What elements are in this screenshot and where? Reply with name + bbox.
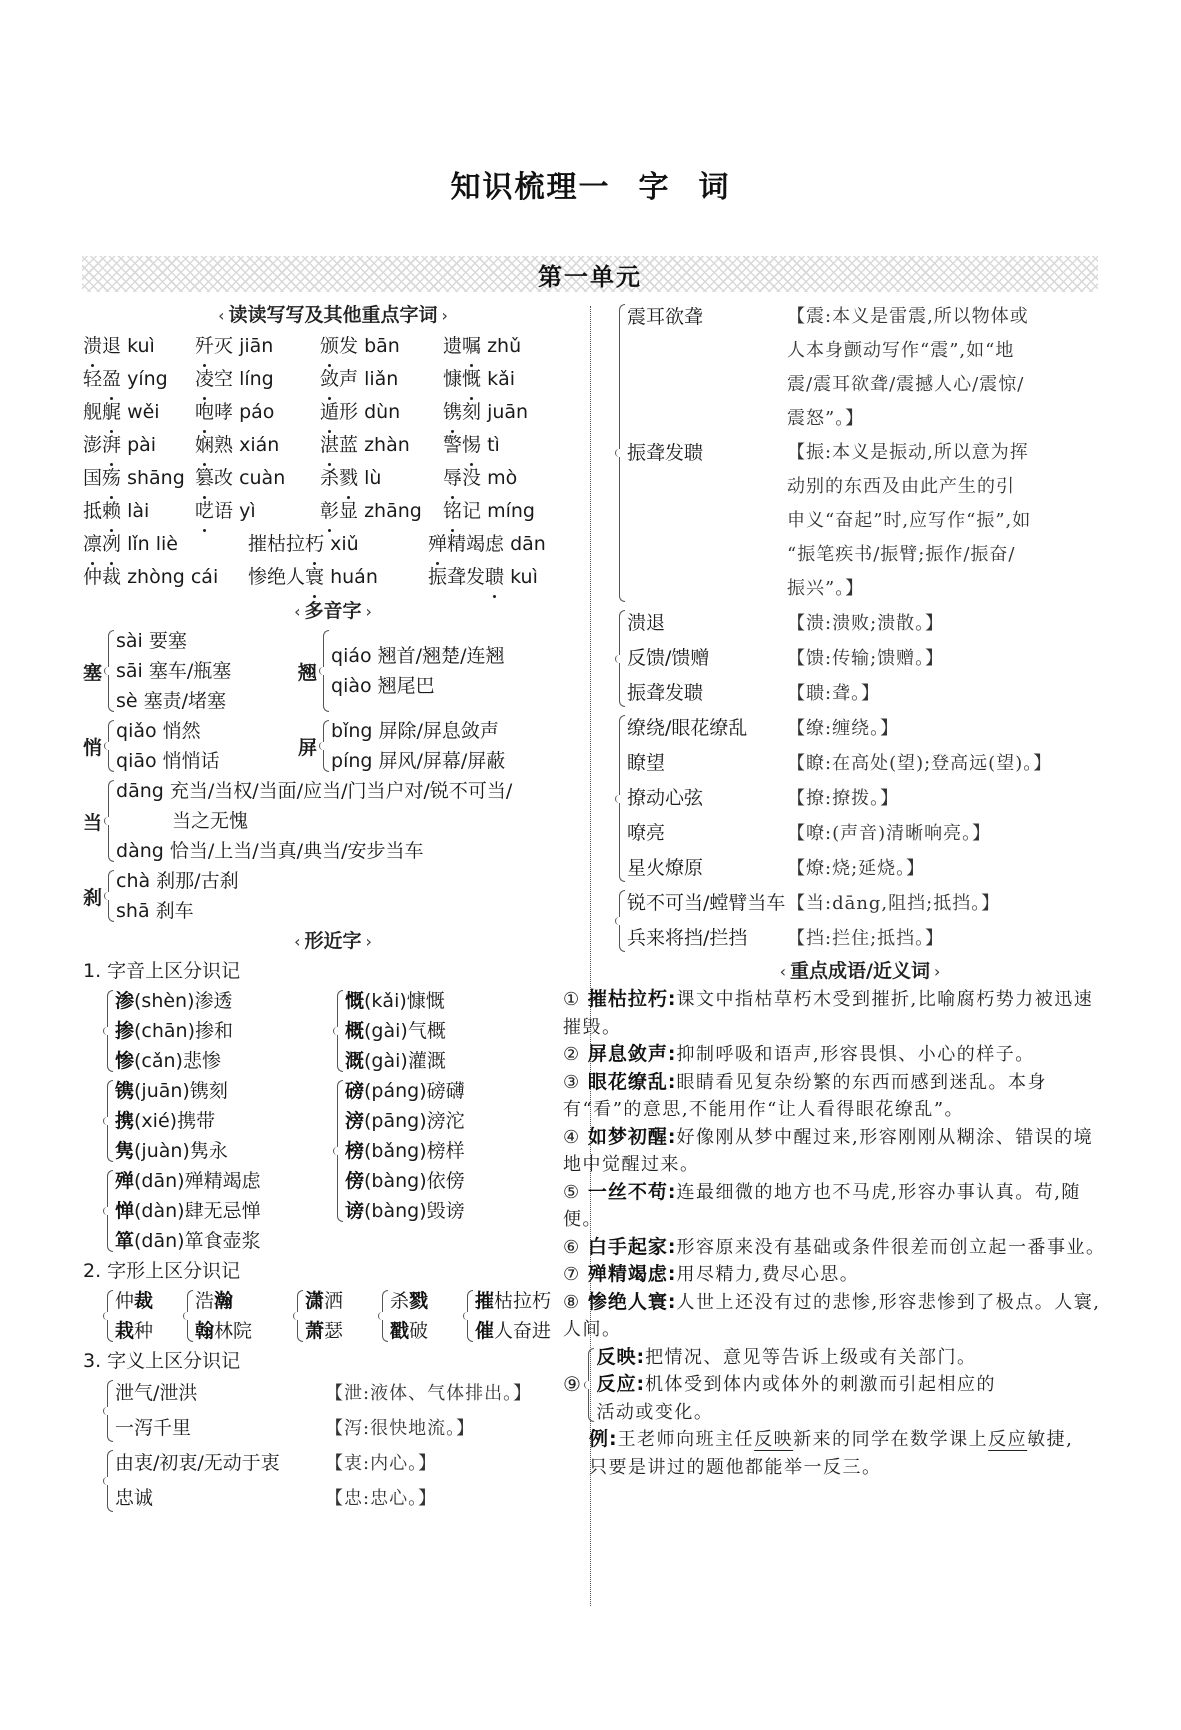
vocab-word: 摧枯拉朽 — [248, 533, 324, 555]
emphasized-char: 殇 — [102, 462, 121, 495]
vocab-word: 湛蓝 — [320, 434, 358, 456]
synonym-def-a: 把情况、意见等告诉上级或有关部门。 — [645, 1347, 977, 1368]
meaning-note-line: 动别的东西及由此产生的引 — [787, 470, 1031, 504]
char: 遗 — [443, 335, 462, 357]
target-char: 傍 — [345, 1170, 364, 1192]
page-title: 知识梳理一字词 — [0, 162, 1181, 206]
subtitle-by-meaning: 3. 字义上区分识记 — [83, 1346, 583, 1376]
vocab-item: 振聋发聩 kuì — [428, 561, 538, 594]
vocab-row: 轻盈 yíng凌空 líng敛声 liǎn慷慨 kǎi — [83, 363, 583, 396]
target-char: 携 — [115, 1110, 134, 1132]
pinyin: yì — [233, 500, 256, 522]
meaning-word: 震耳欲聋 — [627, 300, 787, 334]
key-char: 戳 — [390, 1320, 409, 1342]
example-word: 隽永 — [190, 1140, 228, 1162]
example-word: 磅礴 — [427, 1080, 465, 1102]
char: 澎 — [83, 434, 102, 456]
char: 奋 — [513, 1320, 532, 1342]
vocab-word: 惨绝人寰 — [248, 566, 324, 588]
item-number: ① — [563, 989, 588, 1010]
poly-reading: qiào 翘尾巴 — [331, 671, 504, 701]
pinyin: (cǎn) — [134, 1050, 183, 1072]
subtitle-by-sound: 1. 字音上区分识记 — [83, 956, 583, 986]
sound-group: 磅(páng)磅礴滂(pāng)滂沱榜(bǎng)榜样傍(bàng)依傍谤(bà… — [333, 1076, 573, 1226]
emphasized-char: 冽 — [102, 528, 121, 561]
emphasized-char: 湛 — [320, 429, 339, 462]
meaning-word: 反馈/馈赠 — [627, 641, 787, 676]
pinyin: (gài) — [364, 1020, 408, 1042]
emphasized-char: 朽 — [305, 528, 324, 561]
item-number: ⑨ — [563, 1371, 582, 1399]
poly-head-char: 悄 — [83, 733, 104, 760]
vocab-word: 歼灭 — [195, 335, 233, 357]
emphasized-char: 娴 — [195, 429, 214, 462]
section-heading-vocab: ‹读读写写及其他重点字词› — [83, 300, 583, 330]
sound-item: 携(xié)携带 — [115, 1106, 228, 1136]
pinyin: kuì — [504, 566, 538, 588]
shape-word: 仲裁 — [115, 1286, 153, 1316]
poly-reading: qiǎo 悄然 — [116, 716, 220, 746]
vocab-row: 国殇 shāng篡改 cuàn杀戮 lù辱没 mò — [83, 462, 583, 495]
meaning-row: 一泻千里【泻:很快地流。】 — [115, 1411, 532, 1446]
emphasized-char: 湃 — [102, 429, 121, 462]
pinyin: (juān) — [134, 1080, 190, 1102]
poly-reading: sāi 塞车/瓶塞 — [116, 656, 231, 686]
target-char: 谤 — [345, 1200, 364, 1222]
vocab-row: 抵赖 lài呓语 yì彰显 zhāng铭记 míng — [83, 495, 583, 528]
meaning-note: 【忠:忠心。】 — [325, 1481, 437, 1516]
char: 哮 — [214, 401, 233, 423]
vocab-item: 抵赖 lài — [83, 495, 195, 528]
idiom-term: 眼花缭乱 — [588, 1071, 668, 1093]
vocab-row: 澎湃 pài娴熟 xián湛蓝 zhàn警惕 tì — [83, 429, 583, 462]
vocab-word: 澎湃 — [83, 434, 121, 456]
vocab-item: 镌刻 juān — [443, 396, 556, 429]
idiom-definition: 用尽精力,费尽心思。 — [676, 1264, 859, 1285]
brace-icon — [104, 720, 114, 772]
item-number: ③ — [563, 1072, 588, 1093]
meaning-note-block: 【嘹:(声音)清晰响亮。】 — [787, 816, 991, 851]
idiom-definition: 抑制呼吸和语声,形容畏惧、小心的样子。 — [676, 1044, 1034, 1065]
sound-item: 殚(dān)殚精竭虑 — [115, 1166, 261, 1196]
meaning-note-line: 【馈:传输;馈赠。】 — [787, 641, 944, 676]
meaning-note-line: 震/震耳欲聋/震撼人心/震惊/ — [787, 368, 1029, 402]
idiom-term: 殚精竭虑 — [588, 1263, 668, 1285]
shape-word: 摧枯拉朽 — [475, 1286, 551, 1316]
example-word: 气概 — [408, 1020, 446, 1042]
meaning-row: 振聋发聩【聩:聋。】 — [627, 676, 944, 711]
meaning-note-line: 【撩:撩拨。】 — [787, 781, 899, 816]
sound-item: 傍(bàng)依傍 — [345, 1166, 465, 1196]
meaning-row: 撩动心弦【撩:撩拨。】 — [627, 781, 1052, 816]
brace-icon — [615, 715, 625, 882]
idiom-item: ⑧ 惨绝人寰:人世上还没有过的悲惨,形容悲惨到了极点。人寰,人间。 — [563, 1289, 1108, 1344]
char: 种 — [134, 1320, 153, 1342]
section-heading-text: 多音字 — [304, 600, 361, 622]
meaning-word: 泄气/泄洪 — [115, 1376, 325, 1411]
meaning-note-line: 【嘹:(声音)清晰响亮。】 — [787, 816, 991, 851]
vocab-item: 轻盈 yíng — [83, 363, 195, 396]
key-char: 栽 — [115, 1320, 134, 1342]
char: 改 — [214, 467, 233, 489]
section-heading-text: 重点成语/近义词 — [790, 960, 930, 982]
vocab-word: 国殇 — [83, 467, 121, 489]
emphasized-char: 盈 — [102, 363, 121, 396]
pinyin: mò — [481, 467, 517, 489]
char: 慷 — [443, 368, 462, 390]
pinyin: (pāng) — [364, 1110, 427, 1132]
vocab-word: 仲裁 — [83, 566, 121, 588]
sound-item: 掺(chān)掺和 — [115, 1016, 233, 1046]
target-char: 滂 — [345, 1110, 364, 1132]
emphasized-char: 敛 — [320, 363, 339, 396]
brace-icon — [615, 610, 625, 707]
example-word: 慷慨 — [407, 990, 445, 1012]
key-char: 潇 — [305, 1290, 324, 1312]
emphasized-char: 咆 — [195, 396, 214, 429]
emphasized-char: 颁 — [320, 330, 339, 363]
idiom-term: 屏息敛声 — [588, 1043, 668, 1065]
meaning-word: 忠诚 — [115, 1481, 325, 1516]
pinyin: bān — [358, 335, 400, 357]
example-text: 新来的同学在数学课上 — [793, 1429, 988, 1450]
char: 发 — [466, 566, 485, 588]
item-number: ⑧ — [563, 1292, 588, 1313]
key-char: 戮 — [409, 1290, 428, 1312]
sound-item: 箪(dān)箪食壶浆 — [115, 1226, 261, 1256]
sound-group: 慨(kǎi)慷慨概(gài)气概溉(gài)灌溉 — [333, 986, 573, 1076]
shape-items: 摧枯拉朽催人奋进 — [475, 1286, 551, 1346]
brace-icon — [584, 1348, 594, 1423]
char: 国 — [83, 467, 102, 489]
vocab-item: 辱没 mò — [443, 462, 556, 495]
sound-items: 渗(shèn)渗透掺(chān)掺和惨(cǎn)悲惨 — [115, 986, 233, 1076]
vocab-word: 咆哮 — [195, 401, 233, 423]
pinyin: (páng) — [364, 1080, 427, 1102]
synonym-def-b: 机体受到体内或体外的刺激而引起相应的活动或变化。 — [596, 1374, 996, 1423]
idiom-item: ① 摧枯拉朽:课文中指枯草朽木受到摧折,比喻腐朽势力被迅速摧毁。 — [563, 986, 1108, 1041]
char: 瑟 — [324, 1320, 343, 1342]
poly-row: 悄qiǎo 悄然qiāo 悄悄话 屏bǐng 屏除/屏息敛声píng 屏风/屏幕… — [83, 716, 583, 776]
meaning-row: 由衷/初衷/无动于衷【衷:内心。】 — [115, 1446, 437, 1481]
meaning-note-line: 【挡:拦住;抵挡。】 — [787, 921, 944, 956]
shape-pair: 浩瀚翰林院 — [183, 1286, 293, 1346]
pinyin: pài — [121, 434, 156, 456]
vocab-word: 篡改 — [195, 467, 233, 489]
meaning-row: 兵来将挡/拦挡【挡:拦住;抵挡。】 — [627, 921, 1000, 956]
poly-sai: 塞sài 要塞sāi 塞车/瓶塞sè 塞责/堵塞 — [83, 626, 298, 716]
section-heading-polyphone: ‹多音字› — [83, 596, 583, 626]
brace-icon — [333, 1080, 343, 1222]
meaning-note-line: 振兴”。】 — [787, 572, 1031, 606]
emphasized-char: 惕 — [462, 429, 481, 462]
emphasized-char: 聩 — [485, 561, 504, 594]
char: 惨 — [248, 566, 267, 588]
meaning-note-line: 【聩:聋。】 — [787, 676, 880, 711]
brace-icon — [615, 890, 625, 952]
emphasized-char: 呓 — [195, 495, 214, 528]
poly-qiao: 悄qiǎo 悄然qiāo 悄悄话 — [83, 716, 298, 776]
idiom-item: ③ 眼花缭乱:眼睛看见复杂纷繁的东西而感到迷乱。本身有“看”的意思,不能用作“让… — [563, 1069, 1108, 1124]
meaning-word: 缭绕/眼花缭乱 — [627, 711, 787, 746]
poly-ping: 屏bǐng 屏除/屏息敛声píng 屏风/屏幕/屏蔽 — [298, 716, 578, 776]
vocab-item: 摧枯拉朽 xiǔ — [248, 528, 428, 561]
pinyin: huán — [324, 566, 378, 588]
vocab-word: 抵赖 — [83, 500, 121, 522]
emphasized-char: 慨 — [462, 363, 481, 396]
synonym-example: 例:王老师向班主任反映新来的同学在数学课上反应敏捷,只要是讲过的题他都能举一反三… — [563, 1426, 1083, 1481]
char: 拉 — [286, 533, 305, 555]
title-char-1: 字 — [639, 170, 671, 205]
vocab-item: 澎湃 pài — [83, 429, 195, 462]
idiom-item: ⑤ 一丝不苟:连最细微的地方也不马虎,形容办事认真。苟,随便。 — [563, 1179, 1108, 1234]
meaning-note-line: 【震:本义是雷震,所以物体或 — [787, 300, 1029, 334]
poly-readings: qiǎo 悄然qiāo 悄悄话 — [116, 716, 220, 776]
vocab-row: 溃退 kuì歼灭 jiān颁发 bān遗嘱 zhǔ — [83, 330, 583, 363]
shape-word: 杀戮 — [390, 1286, 428, 1316]
pinyin: kuì — [121, 335, 155, 357]
vocab-item: 遁形 dùn — [320, 396, 443, 429]
poly-dang: 当dāng 充当/当权/当面/应当/门当户对/锐不可当/当之无愧dàng 恰当/… — [83, 776, 583, 866]
example-word: 镌刻 — [190, 1080, 228, 1102]
char: 刻 — [462, 401, 481, 423]
example-word: 渗透 — [195, 990, 233, 1012]
right-column: 震耳欲聋【震:本义是雷震,所以物体或人本身颤动写作“震”,如“地震/震耳欲聋/震… — [615, 300, 1105, 1481]
char: 熟 — [214, 434, 233, 456]
emphasized-char: 殚 — [428, 528, 447, 561]
unit-banner: 第一单元 — [82, 256, 1098, 292]
sound-item: 概(gài)气概 — [345, 1016, 446, 1046]
idiom-term: 一丝不苟 — [588, 1181, 668, 1203]
char: 声 — [339, 368, 358, 390]
target-char: 惨 — [115, 1050, 134, 1072]
sound-groups-left: 渗(shèn)渗透掺(chān)掺和惨(cǎn)悲惨镌(juān)镌刻携(xié… — [103, 986, 333, 1256]
char: 浩 — [195, 1290, 214, 1312]
sound-groups: 渗(shèn)渗透掺(chān)掺和惨(cǎn)悲惨镌(juān)镌刻携(xié… — [83, 986, 583, 1256]
meaning-word: 溃退 — [627, 606, 787, 641]
idiom-item: ⑥ 白手起家:形容原来没有基础或条件很差而创立起一番事业。 — [563, 1234, 1108, 1262]
poly-qiao-wing: 翘qiáo 翘首/翘楚/连翘qiào 翘尾巴 — [298, 626, 578, 716]
vocab-item: 颁发 bān — [320, 330, 443, 363]
vocab-item: 咆哮 páo — [195, 396, 320, 429]
pinyin: (bàng) — [364, 1200, 427, 1222]
vocab-word: 娴熟 — [195, 434, 233, 456]
shape-word: 翰林院 — [195, 1316, 252, 1346]
example-word: 毁谤 — [427, 1200, 465, 1222]
target-char: 榜 — [345, 1140, 364, 1162]
key-char: 摧 — [475, 1290, 494, 1312]
vocab-word: 颁发 — [320, 335, 358, 357]
target-char: 溉 — [345, 1050, 364, 1072]
meaning-note: 【泻:很快地流。】 — [325, 1411, 475, 1446]
char: 舰 — [83, 401, 102, 423]
vocab-item: 杀戮 lù — [320, 462, 443, 495]
key-char: 催 — [475, 1320, 494, 1342]
meaning-items: 溃退【溃:溃败;溃散。】反馈/馈赠【馈:传输;馈赠。】振聋发聩【聩:聋。】 — [627, 606, 944, 711]
shape-word: 栽种 — [115, 1316, 153, 1346]
char: 摧 — [248, 533, 267, 555]
target-char: 箪 — [115, 1230, 134, 1252]
vocab-grid: 溃退 kuì歼灭 jiān颁发 bān遗嘱 zhǔ轻盈 yíng凌空 líng敛… — [83, 330, 583, 528]
meaning-note-block: 【缭:缠绕。】 — [787, 711, 899, 746]
subtitle-by-shape: 2. 字形上区分识记 — [83, 1256, 583, 1286]
brace-icon — [378, 1290, 388, 1342]
meaning-note: 【衷:内心。】 — [325, 1446, 437, 1481]
brace-icon — [319, 720, 329, 772]
example-word: 灌溉 — [408, 1050, 446, 1072]
sound-item: 渗(shèn)渗透 — [115, 986, 233, 1016]
meaning-row: 反馈/馈赠【馈:传输;馈赠。】 — [627, 641, 944, 676]
meaning-group: 由衷/初衷/无动于衷【衷:内心。】忠诚【忠:忠心。】 — [103, 1446, 583, 1516]
brace-icon — [103, 1170, 113, 1252]
poly-reading: sè 塞责/堵塞 — [116, 686, 231, 716]
char: 洒 — [324, 1290, 343, 1312]
meaning-note: 【泄:液体、气体排出。】 — [325, 1376, 532, 1411]
meaning-note-block: 【燎:烧;延烧。】 — [787, 851, 925, 886]
item-number: ④ — [563, 1127, 588, 1148]
vocab-grid-long: 凛冽 lǐn liè摧枯拉朽 xiǔ殚精竭虑 dān仲裁 zhòng cái惨绝… — [83, 528, 583, 594]
shape-word: 潇洒 — [305, 1286, 343, 1316]
pinyin: dān — [504, 533, 546, 555]
synonym-term-a: 反映 — [596, 1346, 636, 1368]
example-word: 榜样 — [427, 1140, 465, 1162]
sound-item: 隽(juàn)隽永 — [115, 1136, 228, 1166]
char: 警 — [443, 434, 462, 456]
char: 抵 — [83, 500, 102, 522]
example-word: 滂沱 — [427, 1110, 465, 1132]
key-char: 萧 — [305, 1320, 324, 1342]
char: 人 — [286, 566, 305, 588]
emphasized-char: 凌 — [195, 363, 214, 396]
section-heading-idioms: ‹重点成语/近义词› — [615, 956, 1105, 986]
target-char: 慨 — [345, 990, 364, 1012]
pinyin: zhàn — [358, 434, 410, 456]
brace-icon — [319, 630, 329, 712]
pinyin: liǎn — [358, 368, 398, 390]
example-word: 掺和 — [195, 1020, 233, 1042]
meaning-row: 缭绕/眼花缭乱【缭:缠绕。】 — [627, 711, 1052, 746]
target-char: 磅 — [345, 1080, 364, 1102]
item-number: ⑥ — [563, 1237, 588, 1258]
target-char: 渗 — [115, 990, 134, 1012]
char: 灭 — [214, 335, 233, 357]
meaning-note-block: 【挡:拦住;抵挡。】 — [787, 921, 944, 956]
shape-word: 催人奋进 — [475, 1316, 551, 1346]
poly-reading: qiāo 悄悄话 — [116, 746, 220, 776]
char: 聋 — [447, 566, 466, 588]
char: 精 — [447, 533, 466, 555]
poly-readings: bǐng 屏除/屏息敛声píng 屏风/屏幕/屏蔽 — [331, 716, 505, 776]
meaning-note-line: 【瞭:在高处(望);登高远(望)。】 — [787, 746, 1052, 781]
emphasized-char: 凛 — [83, 528, 102, 561]
poly-head-char: 刹 — [83, 883, 104, 910]
poly-head-char: 屏 — [298, 733, 319, 760]
poly-reading: bǐng 屏除/屏息敛声 — [331, 716, 505, 746]
sound-group: 镌(juān)镌刻携(xié)携带隽(juàn)隽永 — [103, 1076, 333, 1166]
meaning-row: 嘹亮【嘹:(声音)清晰响亮。】 — [627, 816, 1052, 851]
meaning-note-block: 【撩:撩拨。】 — [787, 781, 899, 816]
target-char: 掺 — [115, 1020, 134, 1042]
pinyin: dùn — [358, 401, 400, 423]
synonym-block: ⑨ 反映:把情况、意见等告诉上级或有关部门。 反应:机体受到体内或体外的刺激而引… — [563, 1344, 1108, 1482]
pinyin: (juàn) — [134, 1140, 190, 1162]
char: 枯 — [267, 533, 286, 555]
meaning-note-line: 申义“奋起”时,应写作“振”,如 — [787, 504, 1031, 538]
unit-title: 第一单元 — [538, 257, 642, 292]
emphasized-char: 寰 — [305, 561, 324, 594]
meaning-note-line: 【当:dāng,阻挡;抵挡。】 — [787, 886, 1000, 921]
idiom-item: ② 屏息敛声:抑制呼吸和语声,形容畏惧、小心的样子。 — [563, 1041, 1108, 1069]
vocab-item: 铭记 míng — [443, 495, 556, 528]
meaning-word: 兵来将挡/拦挡 — [627, 921, 787, 956]
vocab-word: 殚精竭虑 — [428, 533, 504, 555]
poly-reading: shā 刹车 — [116, 896, 239, 926]
example-text: 王老师向班主任 — [618, 1429, 755, 1450]
brace-icon — [183, 1290, 193, 1342]
meaning-word: 由衷/初衷/无动于衷 — [115, 1446, 325, 1481]
pinyin: (chān) — [134, 1020, 195, 1042]
example-word: 殚精竭虑 — [185, 1170, 261, 1192]
brace-icon — [333, 990, 343, 1072]
brace-icon — [104, 780, 114, 862]
pinyin: (xié) — [134, 1110, 177, 1132]
pinyin: zhāng — [358, 500, 422, 522]
meaning-note-block: 【振:本义是振动,所以意为挥动别的东西及由此产生的引申义“奋起”时,应写作“振”… — [787, 436, 1031, 606]
emphasized-char: 艉 — [102, 396, 121, 429]
target-char: 殚 — [115, 1170, 134, 1192]
poly-reading: píng 屏风/屏幕/屏蔽 — [331, 746, 505, 776]
meaning-groups-left: 泄气/泄洪【泄:液体、气体排出。】一泻千里【泻:很快地流。】由衷/初衷/无动于衷… — [83, 1376, 583, 1516]
idiom-item: ④ 如梦初醒:好像刚从梦中醒过来,形容刚刚从糊涂、错误的境地中觉醒过来。 — [563, 1124, 1108, 1179]
vocab-word: 警惕 — [443, 434, 481, 456]
vocab-word: 慷慨 — [443, 368, 481, 390]
meaning-row: 瞭望【瞭:在高处(望);登高远(望)。】 — [627, 746, 1052, 781]
vocab-item: 舰艉 wěi — [83, 396, 195, 429]
char: 进 — [532, 1320, 551, 1342]
meaning-items: 震耳欲聋【震:本义是雷震,所以物体或人本身颤动写作“震”,如“地震/震耳欲聋/震… — [627, 300, 1031, 606]
meaning-group: 震耳欲聋【震:本义是雷震,所以物体或人本身颤动写作“震”,如“地震/震耳欲聋/震… — [615, 300, 1105, 606]
vocab-item: 呓语 yì — [195, 495, 320, 528]
meaning-groups-right: 震耳欲聋【震:本义是雷震,所以物体或人本身颤动写作“震”,如“地震/震耳欲聋/震… — [615, 300, 1105, 956]
section-heading-similar-chars: ‹形近字› — [83, 926, 583, 956]
sound-group: 殚(dān)殚精竭虑惮(dàn)肆无忌惮箪(dān)箪食壶浆 — [103, 1166, 333, 1256]
shape-items: 潇洒萧瑟 — [305, 1286, 343, 1346]
char: 仲 — [83, 566, 102, 588]
vocab-word: 呓语 — [195, 500, 233, 522]
emphasized-char: 镌 — [443, 396, 462, 429]
char: 轻 — [83, 368, 102, 390]
vocab-word: 振聋发聩 — [428, 566, 504, 588]
shape-pair: 仲裁栽种 — [103, 1286, 183, 1346]
pinyin: xián — [233, 434, 279, 456]
char: 空 — [214, 368, 233, 390]
pinyin: tì — [481, 434, 500, 456]
sound-item: 镌(juān)镌刻 — [115, 1076, 228, 1106]
meaning-note-block: 【溃:溃败;溃散。】 — [787, 606, 944, 641]
char: 绝 — [267, 566, 286, 588]
meaning-note-line: 【燎:烧;延烧。】 — [787, 851, 925, 886]
idiom-item: ⑦ 殚精竭虑:用尽精力,费尽心思。 — [563, 1261, 1108, 1289]
vocab-row: 凛冽 lǐn liè摧枯拉朽 xiǔ殚精竭虑 dān — [83, 528, 583, 561]
sound-items: 磅(páng)磅礴滂(pāng)滂沱榜(bǎng)榜样傍(bàng)依傍谤(bà… — [345, 1076, 465, 1226]
vocab-item: 国殇 shāng — [83, 462, 195, 495]
example-underline: 反映 — [754, 1429, 793, 1450]
meaning-note-block: 【震:本义是雷震,所以物体或人本身颤动写作“震”,如“地震/震耳欲聋/震撼人心/… — [787, 300, 1029, 436]
poly-head-char: 当 — [83, 808, 104, 835]
char: 院 — [233, 1320, 252, 1342]
sound-group: 渗(shèn)渗透掺(chān)掺和惨(cǎn)悲惨 — [103, 986, 333, 1076]
idiom-definition: 形容原来没有基础或条件很差而创立起一番事业。 — [676, 1237, 1105, 1258]
